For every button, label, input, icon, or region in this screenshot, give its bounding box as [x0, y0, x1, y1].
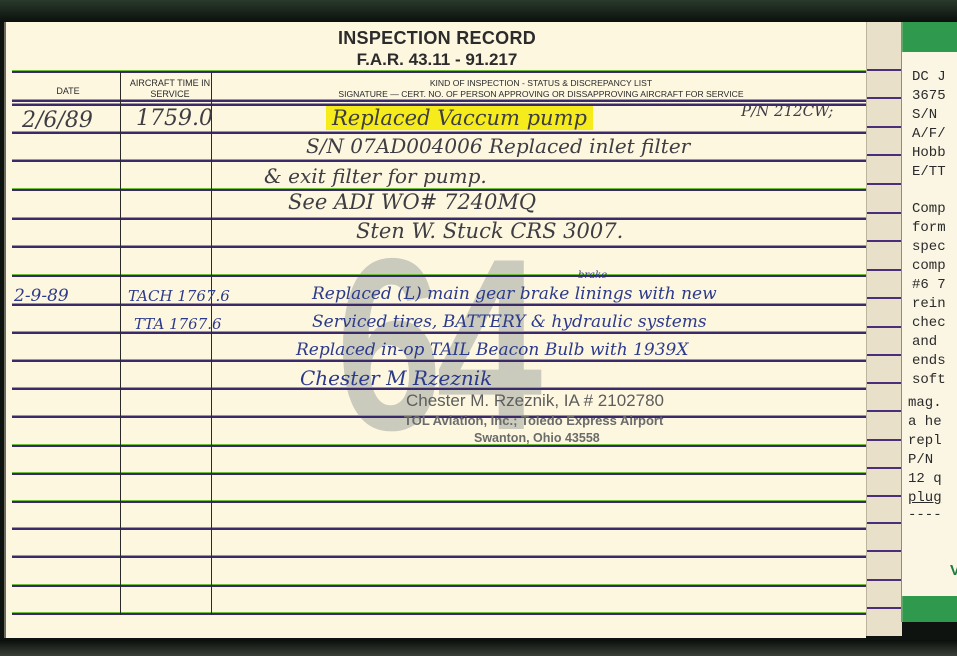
- entry-1-date: 2/6/89: [22, 108, 93, 133]
- entry-2-tach-time: TACH 1767.6: [128, 287, 230, 305]
- column-header-date: DATE: [12, 86, 124, 96]
- entry-2-tta-time: TTA 1767.6: [134, 315, 222, 333]
- entry-1-signature: Sten W. Stuck CRS 3007.: [356, 219, 623, 243]
- next-page-line: Hobb: [912, 144, 946, 163]
- next-page-line: 12 q: [908, 470, 942, 489]
- column-header-kind: KIND OF INSPECTION - STATUS & DISCREPANC…: [216, 78, 866, 100]
- entry-2-date: 2-9-89: [14, 286, 69, 306]
- entry-1-aircraft-time: 1759.0: [136, 106, 213, 131]
- row-rule: [12, 528, 868, 530]
- next-page-line: 3675: [912, 87, 946, 106]
- entry-2-insertion: brake: [578, 270, 607, 281]
- next-page-footer-char: V: [950, 562, 957, 579]
- row-rule: [12, 501, 868, 503]
- row-rule: [12, 360, 868, 362]
- next-page-line: and: [912, 333, 937, 352]
- inspection-record-page: INSPECTION RECORD F.A.R. 43.11 - 91.217 …: [4, 22, 866, 638]
- next-page-line: ends: [912, 352, 946, 371]
- next-page-line: form: [912, 219, 946, 238]
- row-rule: [12, 160, 868, 162]
- binder-bottom-edge: [0, 640, 957, 656]
- inspector-stamp-address: Swanton, Ohio 43558: [474, 431, 600, 445]
- next-page-line: S/N: [912, 106, 937, 125]
- entry-1-part-number: P/N 212CW;: [741, 102, 833, 120]
- inspector-stamp-name: Chester M. Rzeznik, IA # 2102780: [406, 391, 664, 411]
- next-page-line: E/TT: [912, 163, 946, 182]
- next-page-line: A/F/: [912, 125, 946, 144]
- row-rule: [12, 473, 868, 475]
- next-page-line: repl: [908, 432, 942, 451]
- next-page-line: P/N: [908, 451, 933, 470]
- row-rule: [12, 445, 868, 447]
- next-page-line: chec: [912, 314, 946, 333]
- next-page-line: mag.: [908, 394, 942, 413]
- next-page-line: DC J: [912, 68, 946, 87]
- row-rule: [12, 246, 868, 248]
- next-page-dashes: ----: [908, 506, 942, 525]
- page-subtitle: F.A.R. 43.11 - 91.217: [6, 50, 868, 70]
- entry-1-line-3: & exit filter for pump.: [264, 164, 487, 188]
- binder-page-edges: [866, 22, 902, 636]
- header-top-rule: [12, 71, 868, 73]
- entry-1-line-1: Replaced Vaccum pump: [326, 106, 593, 130]
- column-divider: [211, 72, 212, 615]
- next-page-line: soft: [912, 371, 946, 390]
- scanned-logbook: INSPECTION RECORD F.A.R. 43.11 - 91.217 …: [0, 0, 957, 656]
- column-header-kind-line1: KIND OF INSPECTION - STATUS & DISCREPANC…: [216, 78, 866, 89]
- entry-2-signature: Chester M Rzeznik: [300, 366, 492, 390]
- next-page-content: DC J 3675 S/N A/F/ Hobb E/TT Comp form s…: [902, 52, 957, 596]
- header-bottom-rule: [12, 100, 868, 102]
- row-rule: [12, 556, 868, 558]
- next-page-line: #6 7: [912, 276, 946, 295]
- next-page-line: rein: [912, 295, 946, 314]
- next-page-line: Comp: [912, 200, 946, 219]
- highlighted-text: Replaced Vaccum pump: [326, 106, 593, 130]
- next-page-line: a he: [908, 413, 942, 432]
- column-divider: [120, 72, 121, 615]
- inspector-stamp-company: TOL Aviation, Inc.; Toledo Express Airpo…: [404, 413, 663, 428]
- row-rule: [12, 585, 868, 587]
- entry-2-line-2: Serviced tires, BATTERY & hydraulic syst…: [312, 312, 707, 332]
- next-page-line: comp: [912, 257, 946, 276]
- column-header-kind-line2: SIGNATURE — CERT. NO. OF PERSON APPROVIN…: [216, 89, 866, 100]
- row-rule: [12, 275, 868, 277]
- next-page-line: spec: [912, 238, 946, 257]
- entry-1-line-2: S/N 07AD004006 Replaced inlet filter: [306, 134, 690, 158]
- column-header-aircraft-time: AIRCRAFT TIME IN SERVICE: [124, 78, 216, 100]
- entry-2-line-3: Replaced in-op TAIL Beacon Bulb with 193…: [296, 340, 688, 360]
- entry-2-line-1: Replaced (L) main gear brake linings wit…: [312, 284, 717, 304]
- entry-1-line-4: See ADI WO# 7240MQ: [288, 190, 536, 214]
- row-rule: [12, 613, 868, 615]
- binder-top-edge: [0, 0, 957, 22]
- page-title: INSPECTION RECORD: [6, 28, 868, 49]
